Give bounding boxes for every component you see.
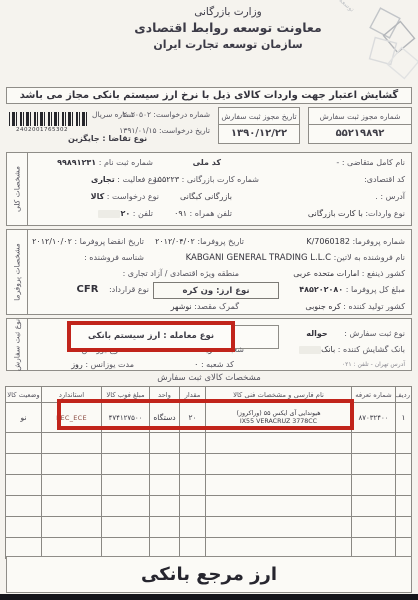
order-permit-number-box: شماره مجوز ثبت سفارش ۵۵۲۱۹۸۹۲ bbox=[308, 107, 412, 144]
section-general: مشخصات کلی نام کامل متقاضی : - کد ملی شم… bbox=[6, 152, 412, 226]
footer-currency-stamp: ارز مرجع بانکی bbox=[6, 556, 412, 593]
goods-empty-cell bbox=[396, 475, 412, 496]
order-permit-date-box: تاریخ مجوز ثبت سفارش ۱۳۹۰/۱۲/۲۲ bbox=[218, 107, 300, 144]
deputy-title: معاونت توسعه روابط اقتصادی bbox=[108, 20, 348, 35]
goods-table-title: مشخصات کالای ثبت سفارش bbox=[6, 373, 412, 383]
goods-row-highlight bbox=[57, 399, 354, 430]
request-date-label: تاریخ درخواست: bbox=[159, 126, 210, 135]
opening-bank-field: بانک گشایش کننده : بانک bbox=[299, 345, 405, 355]
goods-empty-cell bbox=[396, 517, 412, 538]
section-order-type: نوع ثبت سفارش نوع ثبت سفارش : حواله نوع … bbox=[6, 318, 412, 371]
proforma-expiry-field: تاریخ انقضا پروفرما : ۲۰۱۲/۱۰/۰۲ bbox=[32, 237, 144, 247]
usance-period-field: مدت یوزانس : روز bbox=[71, 360, 134, 370]
applicant-name-field: نام کامل متقاضی : - bbox=[336, 158, 405, 168]
goods-empty-row bbox=[6, 433, 412, 454]
free-zone-field: منطقه ویژه اقتصادی / آزاد تجاری : bbox=[123, 269, 239, 279]
goods-empty-cell bbox=[180, 496, 206, 517]
permit-row: شماره مجوز ثبت سفارش ۵۵۲۱۹۸۹۲ تاریخ مجوز… bbox=[6, 107, 412, 145]
goods-empty-cell bbox=[102, 517, 150, 538]
mobile-field: تلفن همراه : ۰۹۱ bbox=[174, 209, 232, 219]
bank-name-smudge bbox=[299, 346, 321, 354]
goods-empty-body bbox=[6, 433, 412, 559]
goods-empty-cell bbox=[102, 433, 150, 454]
destination-customs-field: گمرک مقصد: نوشهر bbox=[171, 302, 239, 312]
beneficiary-country-field: کشور ذینفع : امارات متحده عربی bbox=[293, 269, 405, 279]
seller-name-field: نام فروشنده به لاتین: KABGANI GENERAL TR… bbox=[186, 253, 405, 263]
request-type-value: جایگزین bbox=[68, 134, 100, 143]
goods-empty-cell bbox=[396, 433, 412, 454]
section-proforma-vertical-label: مشخصات پروفرما bbox=[7, 230, 27, 314]
goods-empty-cell bbox=[150, 433, 180, 454]
col-condition: وضعیت کالا bbox=[6, 387, 42, 403]
order-permit-number-label: شماره مجوز ثبت سفارش bbox=[309, 108, 411, 125]
goods-empty-cell bbox=[206, 433, 352, 454]
address-field: آدرس : . bbox=[375, 192, 405, 202]
section-general-vertical-label: مشخصات کلی bbox=[7, 153, 27, 225]
company-name-field: بازرگانی کبگانی bbox=[180, 192, 232, 202]
proforma-number-field: شماره پروفرما: K/7060182 bbox=[306, 237, 405, 247]
order-reg-type-field: نوع ثبت سفارش : حواله bbox=[306, 329, 405, 339]
request-kind-field: نوع درخواست : کالا bbox=[91, 192, 159, 202]
goods-empty-row bbox=[6, 517, 412, 538]
letterhead: وزارت بازرگانی معاونت توسعه روابط اقتصاد… bbox=[108, 6, 348, 51]
goods-empty-cell bbox=[206, 475, 352, 496]
scanned-form-page: وزارت بازرگانی معاونت توسعه روابط اقتصاد… bbox=[0, 0, 418, 600]
cell-row-number: ۱ bbox=[396, 403, 412, 433]
goods-empty-cell bbox=[6, 433, 42, 454]
proforma-total-field: مبلغ کل پروفرما : ۴۸۵۲۰۲۰۸۰ bbox=[299, 285, 405, 295]
goods-empty-cell bbox=[180, 517, 206, 538]
contract-type-field: نوع قرارداد: CFR bbox=[77, 285, 149, 295]
goods-empty-cell bbox=[42, 433, 102, 454]
goods-empty-cell bbox=[352, 475, 396, 496]
cell-tariff-number: ۸۷۰۳۲۴۰۰ bbox=[352, 403, 396, 433]
seller-id-field: شناسه فروشنده : bbox=[84, 253, 144, 263]
goods-empty-cell bbox=[42, 454, 102, 475]
barcode-number: 2402001765302 bbox=[16, 127, 68, 133]
section-general-divider bbox=[27, 153, 28, 225]
col-tariff-number: شماره تعرفه bbox=[352, 387, 396, 403]
goods-empty-cell bbox=[42, 496, 102, 517]
goods-empty-cell bbox=[102, 496, 150, 517]
goods-empty-cell bbox=[150, 454, 180, 475]
goods-empty-cell bbox=[6, 517, 42, 538]
phone-smudge bbox=[98, 210, 120, 218]
goods-empty-cell bbox=[102, 475, 150, 496]
section-proforma: مشخصات پروفرما شماره پروفرما: K/7060182 … bbox=[6, 229, 412, 315]
bank-address-note: آدرس تهران - تلفن : ۰۲۱ bbox=[342, 360, 405, 370]
goods-empty-cell bbox=[6, 454, 42, 475]
request-type-label: نوع تقاضا : bbox=[102, 134, 147, 143]
goods-empty-cell bbox=[150, 475, 180, 496]
goods-empty-cell bbox=[396, 454, 412, 475]
goods-empty-cell bbox=[352, 517, 396, 538]
goods-empty-row bbox=[6, 475, 412, 496]
order-permit-number-value: ۵۵۲۱۹۸۹۲ bbox=[309, 125, 411, 143]
scan-bottom-bar bbox=[0, 594, 418, 600]
goods-empty-cell bbox=[150, 496, 180, 517]
goods-empty-cell bbox=[206, 496, 352, 517]
goods-empty-cell bbox=[150, 517, 180, 538]
registration-number-field: شماره ثبت نام : ۹۹۸۹۱۲۳۱ bbox=[57, 158, 153, 168]
activity-type-field: نوع فعالیت : تجاری bbox=[91, 175, 159, 185]
section-order-divider bbox=[27, 319, 28, 370]
serial-number-label: شماره سریال bbox=[92, 110, 135, 119]
proforma-date-field: تاریخ پروفرما: ۲۰۱۲/۰۴/۰۲ bbox=[155, 237, 244, 247]
order-permit-date-value: ۱۳۹۰/۱۲/۲۲ bbox=[219, 125, 299, 143]
goods-empty-cell bbox=[206, 517, 352, 538]
goods-empty-cell bbox=[180, 454, 206, 475]
goods-empty-cell bbox=[42, 475, 102, 496]
goods-empty-cell bbox=[352, 496, 396, 517]
currency-type-box: نوع ارز: ون کره bbox=[153, 282, 279, 299]
goods-empty-row bbox=[6, 454, 412, 475]
trade-card-field: شماره کارت بازرگانی : ۱۵۵۲۲۳ bbox=[153, 175, 259, 185]
producer-country-field: کشور تولید کننده : کره جنوبی bbox=[305, 302, 405, 312]
goods-empty-cell bbox=[6, 475, 42, 496]
stamp-fa-caption: توسعه تجارت bbox=[323, 0, 356, 14]
phone-field: تلفن : ۲۰ bbox=[98, 209, 153, 219]
request-number-label: شماره درخواست: bbox=[153, 110, 210, 119]
goods-empty-cell bbox=[102, 454, 150, 475]
request-type-line: نوع تقاضا : جایگزین bbox=[68, 134, 147, 143]
section-order-vertical-label: نوع ثبت سفارش bbox=[7, 319, 27, 370]
order-permit-date-label: تاریخ مجوز ثبت سفارش bbox=[219, 108, 299, 125]
import-type-field: نوع واردات: با کارت بازرگانی bbox=[308, 209, 405, 219]
economic-code-field: کد اقتصادی: bbox=[364, 175, 405, 185]
cell-condition: نو bbox=[6, 403, 42, 433]
goods-empty-cell bbox=[6, 496, 42, 517]
goods-empty-cell bbox=[180, 475, 206, 496]
goods-empty-cell bbox=[352, 454, 396, 475]
organization-title: سازمان توسعه تجارت ایران bbox=[108, 38, 348, 51]
ministry-title: وزارت بازرگانی bbox=[108, 6, 348, 18]
form-title-bar: گشایش اعتبار جهت واردات کالای ذیل با نرخ… bbox=[6, 87, 412, 104]
goods-empty-cell bbox=[42, 517, 102, 538]
goods-empty-row bbox=[6, 496, 412, 517]
col-row-number: ردیف bbox=[396, 387, 412, 403]
goods-empty-cell bbox=[396, 496, 412, 517]
branch-code-field: کد شعبه : ۰ bbox=[194, 360, 234, 370]
barcode bbox=[9, 112, 89, 126]
national-code-field: کد ملی bbox=[193, 158, 221, 168]
goods-empty-cell bbox=[206, 454, 352, 475]
deal-type-highlight: نوع معامله : ارز سیستم بانکی bbox=[67, 321, 235, 352]
goods-empty-cell bbox=[180, 433, 206, 454]
goods-empty-cell bbox=[352, 433, 396, 454]
section-proforma-divider bbox=[27, 230, 28, 314]
